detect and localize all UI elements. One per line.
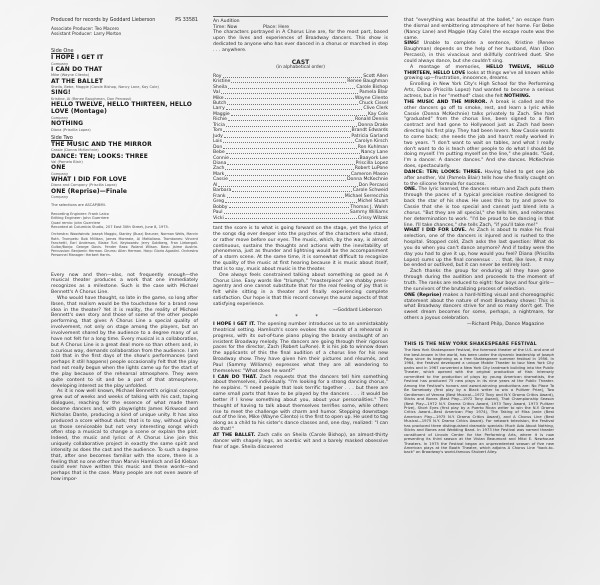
leader-dots xyxy=(223,128,350,132)
signature-lieberson: —Goddard Lieberson xyxy=(213,308,382,314)
synopsis-paragraph: I CAN DO THAT. Zach requests that the da… xyxy=(213,375,388,433)
synopsis-text: The opening number introduces us to an u… xyxy=(213,322,388,374)
essay-paragraph: One always feels constrained talking abo… xyxy=(213,273,388,308)
leader-dots xyxy=(225,216,357,220)
leader-dots xyxy=(223,145,356,149)
synopsis-text: Zach requests that the dancers tell him … xyxy=(213,375,388,433)
leader-dots xyxy=(218,183,357,187)
right-column: that "everything was beautiful at the ba… xyxy=(404,0,554,455)
synopsis-text: A break is called and the other dancers … xyxy=(404,100,554,169)
cast-list: RoyScott AllenKristineRenee BaughmanShei… xyxy=(213,74,388,221)
synopsis-paragraph: ONE. The lyric learned, the dancers retu… xyxy=(404,187,554,228)
essay-paragraph: tant the score is to what is going forwa… xyxy=(213,226,388,273)
leader-dots xyxy=(228,85,355,89)
song-heading: WHAT I DID FOR LOVE. xyxy=(404,228,467,233)
leader-dots xyxy=(224,134,350,138)
leader-dots xyxy=(229,177,346,181)
cast-role: Vicki xyxy=(213,216,224,221)
leader-dots xyxy=(223,139,354,143)
track: SING!Kristine, Al (Renee Baughman, Don P… xyxy=(51,89,198,101)
synopsis-paragraph: DANCE: TEN; LOOKS: THREE. Having failed … xyxy=(404,170,554,188)
leader-dots xyxy=(225,166,353,170)
synopsis: I HOPE I GET IT. The opening number intr… xyxy=(213,322,388,451)
catalog-number: PS 33581 xyxy=(175,18,198,24)
leader-dots xyxy=(226,106,363,110)
synopsis-paragraph: SING! Unable to complete a sentence, Kri… xyxy=(404,41,554,64)
track: NOTHINGDiana (Priscilla Lopez) xyxy=(51,120,198,132)
essay-paragraph: As it is now well known, Michael Bennett… xyxy=(51,389,198,483)
section-separator: * * * xyxy=(213,315,388,321)
track: I HOPE I GET ITCompany xyxy=(51,54,198,66)
leader-dots xyxy=(227,161,354,165)
synopsis-text: Unable to complete a sentence, Kristine … xyxy=(404,41,554,64)
cast-row: VickiCrissy Wilzak xyxy=(213,216,388,221)
track: ONECompany xyxy=(51,164,198,176)
signature-philp: —Richard Philp, Dance Magazine xyxy=(404,322,544,328)
leader-dots xyxy=(224,210,349,214)
song-heading: I HOPE I GET IT. xyxy=(213,322,255,327)
essay-paragraph: Every now and then—alas, not frequently … xyxy=(51,273,198,296)
song-heading: I CAN DO THAT. xyxy=(213,375,257,380)
synopsis-paragraph: I HOPE I GET IT. The opening number intr… xyxy=(213,322,388,375)
song-heading: NOTHING. xyxy=(504,94,530,99)
song-heading: SING! xyxy=(404,41,419,46)
synopsis-paragraph: THE MUSIC AND THE MIRROR. A break is cal… xyxy=(404,100,554,170)
track: AT THE BALLETSheila, Bebe, Maggie (Carol… xyxy=(51,78,198,90)
produced-by: Produced for records by Goddard Lieberso… xyxy=(51,18,155,24)
song-heading: THE MUSIC AND THE MIRROR. xyxy=(404,100,487,105)
middle-column: An Audition Time: Now Place: Here The ch… xyxy=(213,0,388,451)
essay-paragraph: Who would have thought, so late in the g… xyxy=(51,296,198,390)
track: ONE (Reprise)—FinaleCompany xyxy=(51,188,198,200)
synopsis-paragraph: WHAT I DID FOR LOVE. As Zach is about to… xyxy=(404,228,554,269)
song-heading: DANCE: TEN; LOOKS: THREE. xyxy=(404,170,482,175)
leader-dots xyxy=(229,205,350,209)
synopsis-paragraph: that "everything was beautiful at the ba… xyxy=(404,18,554,41)
nysf-text: The New York Shakespeare Festival, the f… xyxy=(404,348,554,455)
leader-dots xyxy=(225,199,357,203)
synopsis-paragraph: Zach thanks the group for enduring all t… xyxy=(404,269,554,292)
leader-dots xyxy=(231,79,346,83)
orchestra-credits: Orchestra: Woodwinds: Joseph Maggio, Sta… xyxy=(51,232,198,257)
synopsis-paragraph: A montage of memories, HELLO TWELVE, HEL… xyxy=(404,65,554,83)
leader-dots xyxy=(226,150,360,154)
synopsis-text: that "everything was beautiful at the ba… xyxy=(404,18,554,41)
leader-dots xyxy=(227,101,358,105)
leader-dots xyxy=(228,117,354,121)
cast-actor: Crissy Wilzak xyxy=(358,216,388,221)
synopsis-text: The lyric learned, the dancers return an… xyxy=(404,187,554,227)
leader-dots xyxy=(232,188,351,192)
synopsis-text: A montage of memories, xyxy=(410,65,486,70)
track: THE MUSIC AND THE MIRRORCassie (Donna Mc… xyxy=(51,141,198,153)
synopsis-text: As Zach is about to make his final selec… xyxy=(404,228,554,268)
track: I CAN DO THATMike (Wayne Cilento) xyxy=(51,66,198,78)
producer-line: Produced for records by Goddard Lieberso… xyxy=(51,18,198,24)
leader-dots xyxy=(231,112,367,116)
synopsis-paragraph: ONE (Reprise) makes a hard-hitting visua… xyxy=(404,293,554,322)
side-one-tracklist: I HOPE I GET ITCompany I CAN DO THATMike… xyxy=(51,54,198,132)
leader-dots xyxy=(227,194,344,198)
track: DANCE: TEN; LOOKS: THREEVal (Pamela Blai… xyxy=(51,153,198,165)
cast-subheading: (in alphabetical order) xyxy=(213,65,388,71)
synopsis-paragraph: AT THE BALLET. Zach calls on Sheila (Car… xyxy=(213,433,388,451)
track: WHAT I DID FOR LOVEDiana and Company (Pr… xyxy=(51,176,198,188)
song-heading: AT THE BALLET. xyxy=(213,433,255,438)
song-heading: ONE. xyxy=(404,187,417,192)
leader-dots xyxy=(225,172,349,176)
synopsis-text: Zach thanks the group for enduring all t… xyxy=(404,269,554,292)
song-heading: ONE (Reprise) xyxy=(404,293,441,298)
side-two-tracklist: THE MUSIC AND THE MIRRORCassie (Donna Mc… xyxy=(51,141,198,200)
synopsis-paragraph: Enrolling in New York City's High School… xyxy=(404,82,554,100)
synopsis-text: Enrolling in New York City's High School… xyxy=(404,82,554,99)
leader-dots xyxy=(226,123,357,127)
synopsis-continued: that "everything was beautiful at the ba… xyxy=(404,18,554,322)
dedication: The characters portrayed in A Chorus Lin… xyxy=(213,30,388,53)
leader-dots xyxy=(223,74,363,78)
left-column: Produced for records by Goddard Lieberso… xyxy=(51,0,198,483)
track: HELLO TWELVE, HELLO THIRTEEN, HELLO LOVE… xyxy=(51,101,198,120)
leader-dots xyxy=(225,96,354,100)
leader-dots xyxy=(221,90,358,94)
leader-dots xyxy=(230,156,359,160)
